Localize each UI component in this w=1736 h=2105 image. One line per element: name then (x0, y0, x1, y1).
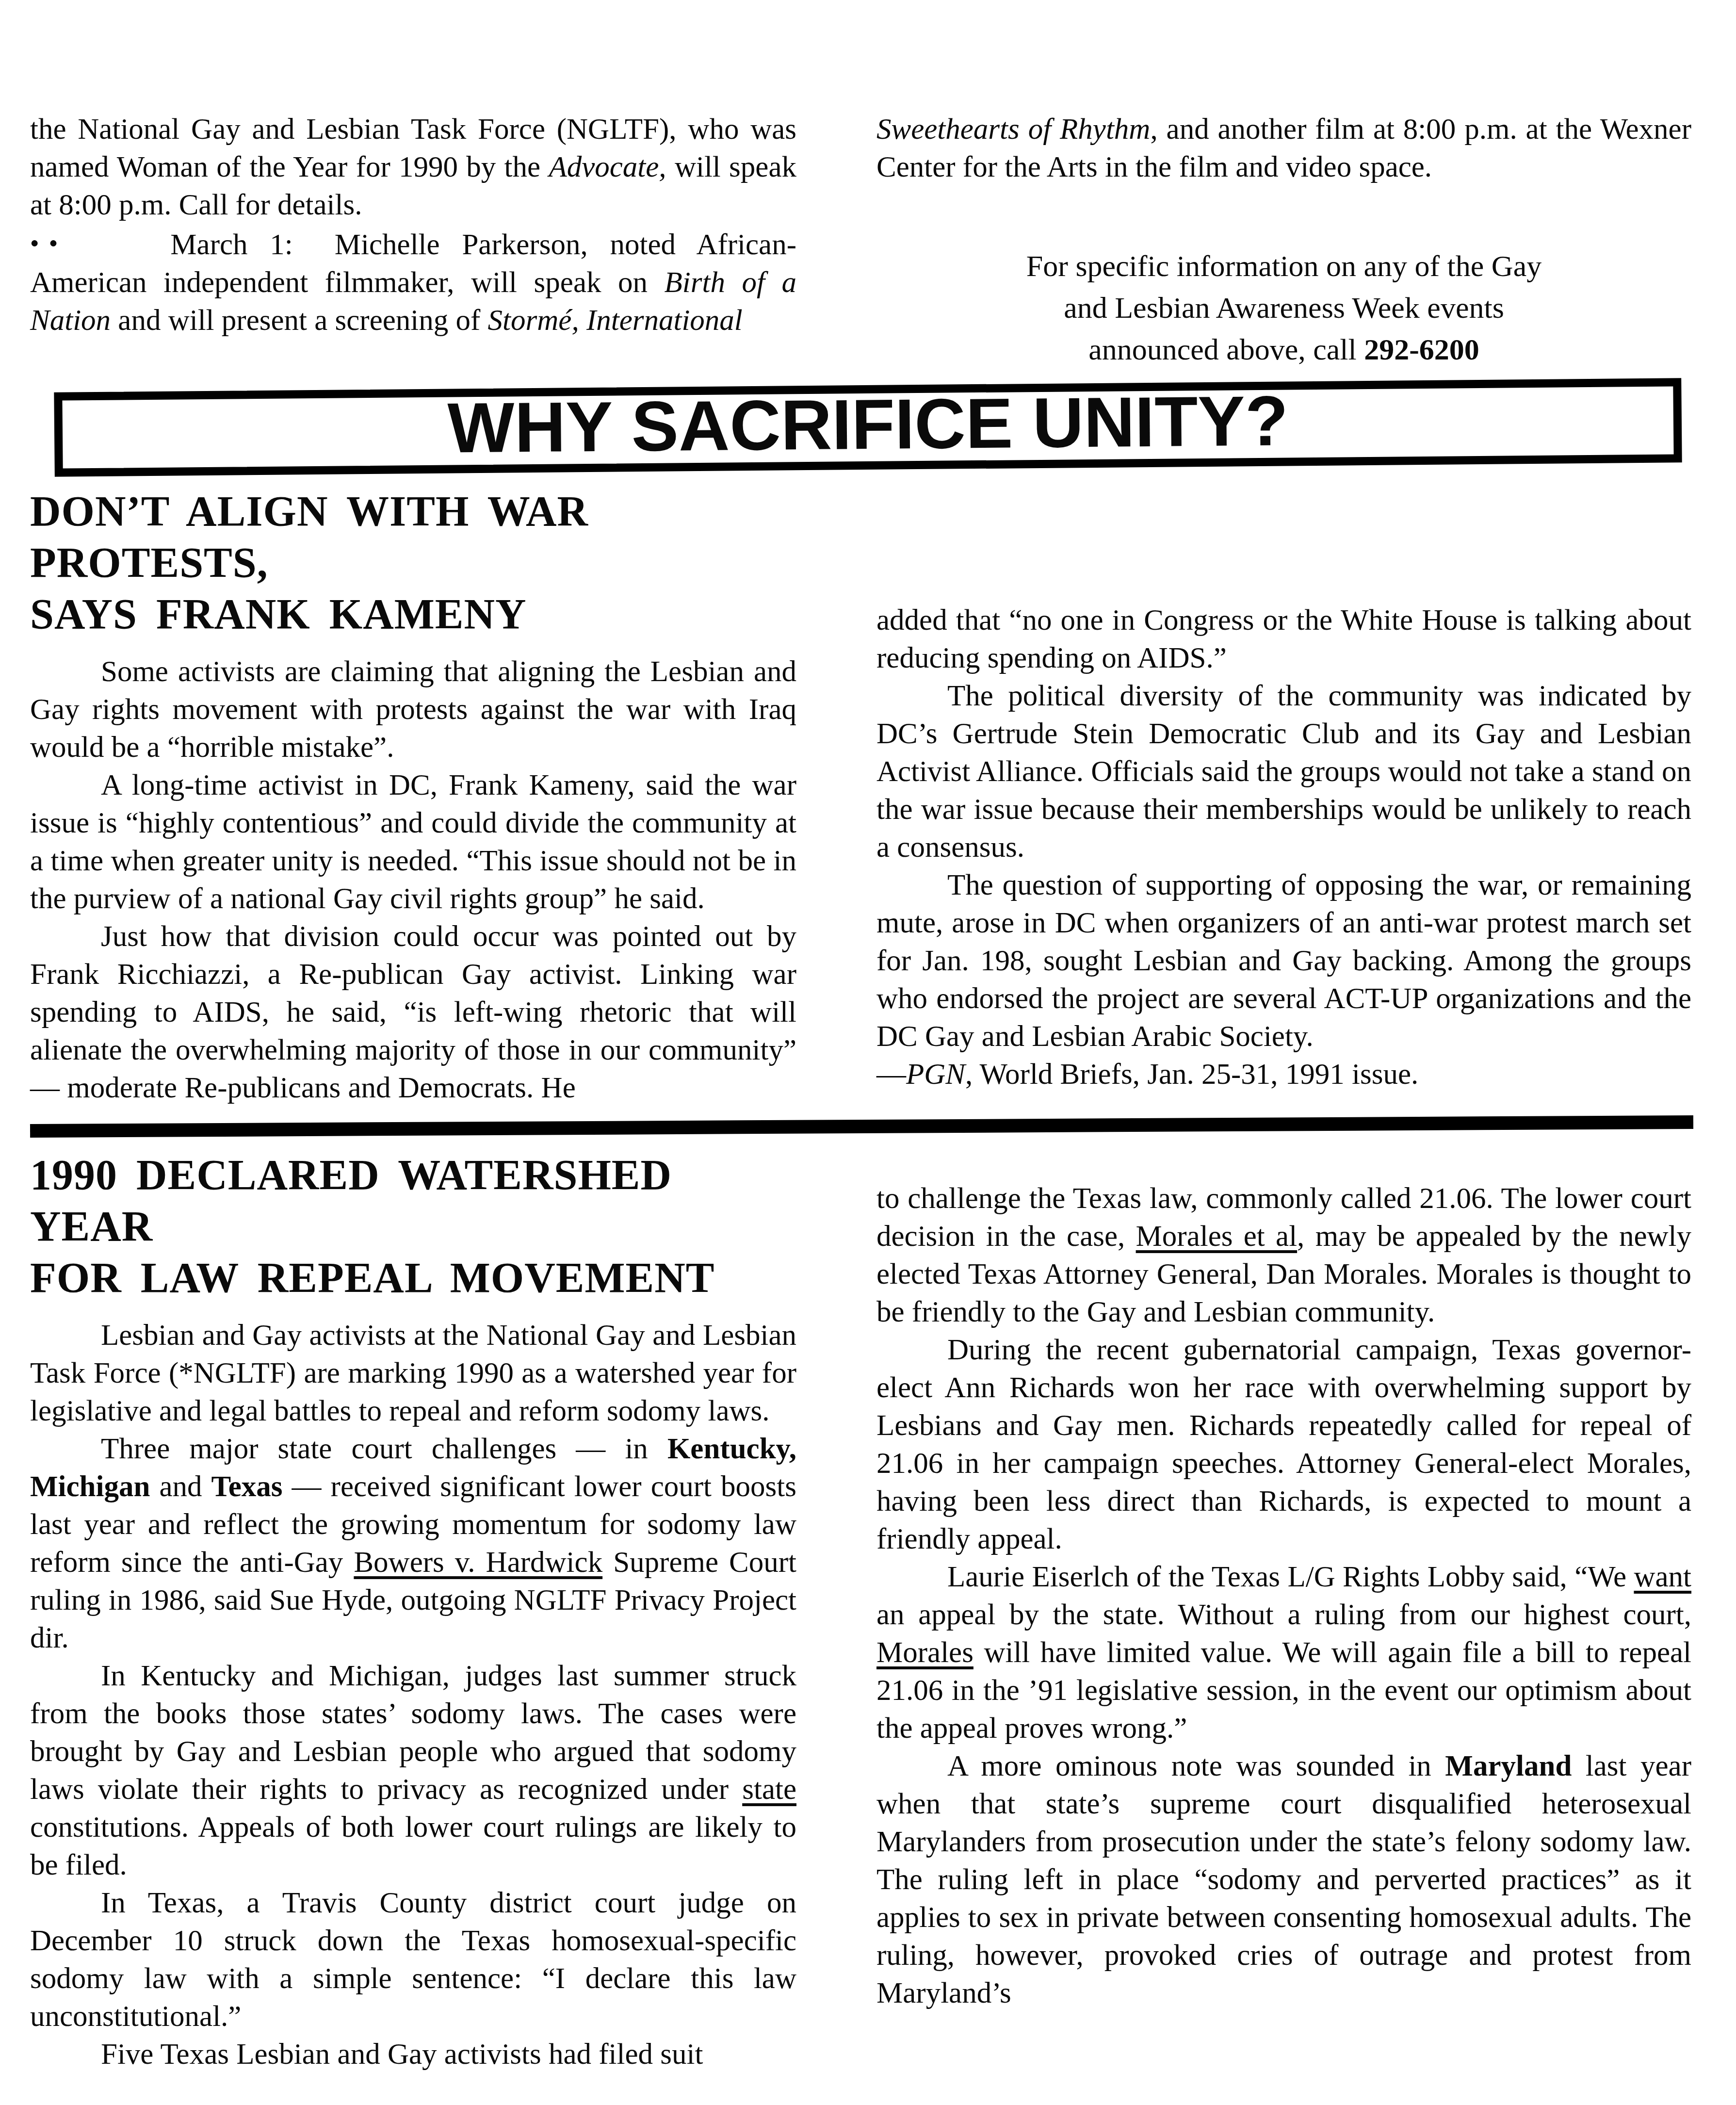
article-headline-war-protests: DON’T ALIGN WITH WAR PROTESTS, SAYS FRAN… (30, 486, 796, 640)
paragraph: The question of supporting of opposing t… (876, 866, 1691, 1056)
paragraph: The political diversity of the community… (876, 677, 1691, 866)
headline-line: DON’T ALIGN WITH WAR PROTESTS, (30, 486, 796, 589)
paragraph: Some activists are claiming that alignin… (30, 653, 796, 767)
banner-headline-box: WHY SACRIFICE UNITY? (54, 378, 1682, 476)
headline-line: FOR LAW REPEAL MOVEMENT (30, 1253, 796, 1304)
source-credit-line: —PGN, World Briefs, Jan. 25-31, 1991 iss… (876, 1056, 1691, 1093)
paragraph: A more ominous note was sounded in Maryl… (876, 1747, 1691, 2012)
contact-info-block: For specific information on any of the G… (876, 245, 1691, 371)
paragraph: Just how that division could occur was p… (30, 918, 796, 1107)
paragraph: In Texas, a Travis County district court… (30, 1884, 796, 2036)
top-right-column: Sweethearts of Rhythm, and another film … (876, 111, 1691, 371)
article-war-protests-left-column: DON’T ALIGN WITH WAR PROTESTS, SAYS FRAN… (30, 486, 796, 1107)
paragraph-sweethearts-continuation: Sweethearts of Rhythm, and another film … (876, 111, 1691, 186)
paragraph: added that “no one in Congress or the Wh… (876, 602, 1691, 677)
contact-info-line: and Lesbian Awareness Week events (876, 287, 1691, 329)
paragraph-ngltf-continuation: the National Gay and Lesbian Task Force … (30, 111, 796, 224)
paragraph: Laurie Eiserlch of the Texas L/G Rights … (876, 1558, 1691, 1747)
paragraph: to challenge the Texas law, commonly cal… (876, 1180, 1691, 1331)
article-war-protests-right-column: added that “no one in Congress or the Wh… (876, 486, 1691, 1107)
top-left-column: the National Gay and Lesbian Task Force … (30, 111, 796, 371)
article-watershed-year: 1990 DECLARED WATERSHED YEAR FOR LAW REP… (30, 1150, 1693, 2073)
paragraph: Five Texas Lesbian and Gay activists had… (30, 2036, 796, 2073)
event-bullet-item-march-1: ●●March 1:Michelle Parkerson, noted Afri… (30, 224, 796, 340)
paragraph: During the recent gubernatorial campaign… (876, 1331, 1691, 1558)
article-watershed-right-column: to challenge the Texas law, commonly cal… (876, 1150, 1691, 2073)
article-watershed-left-column: 1990 DECLARED WATERSHED YEAR FOR LAW REP… (30, 1150, 796, 2073)
paragraph: Three major state court challenges — in … (30, 1430, 796, 1657)
newsletter-page: the National Gay and Lesbian Task Force … (0, 0, 1736, 2105)
top-section: the National Gay and Lesbian Task Force … (30, 111, 1693, 371)
contact-info-line-phone: announced above, call 292-6200 (876, 329, 1691, 371)
headline-line: 1990 DECLARED WATERSHED YEAR (30, 1150, 796, 1253)
article-war-protests: DON’T ALIGN WITH WAR PROTESTS, SAYS FRAN… (30, 486, 1693, 1107)
paragraph: In Kentucky and Michigan, judges last su… (30, 1657, 796, 1884)
contact-info-line: For specific information on any of the G… (876, 245, 1691, 287)
paragraph: Lesbian and Gay activists at the Nationa… (30, 1317, 796, 1430)
headline-line: SAYS FRANK KAMENY (30, 589, 796, 640)
divider-rule (30, 1115, 1693, 1138)
paragraph: A long-time activist in DC, Frank Kameny… (30, 767, 796, 918)
banner-headline: WHY SACRIFICE UNITY? (447, 385, 1288, 463)
article-headline-watershed: 1990 DECLARED WATERSHED YEAR FOR LAW REP… (30, 1150, 796, 1304)
